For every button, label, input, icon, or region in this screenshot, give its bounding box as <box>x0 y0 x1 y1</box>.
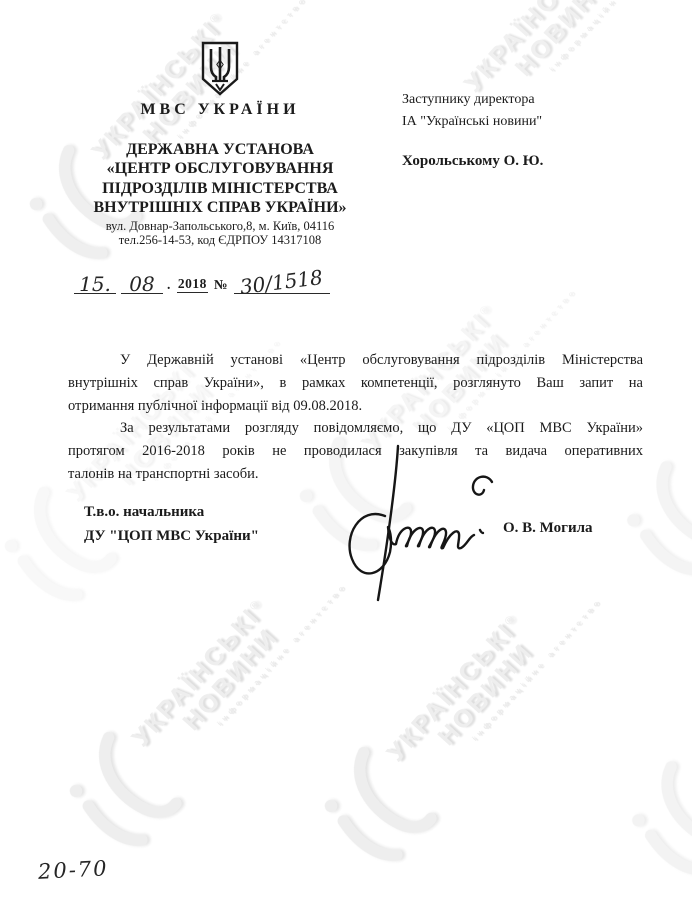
handwritten-signature <box>330 440 510 620</box>
handwritten-day: 15. <box>79 275 111 293</box>
reference-number-field: 30/1518 <box>234 271 330 294</box>
address-line: вул. Довнар-Запольського,8, м. Київ, 041… <box>60 220 380 234</box>
addressee-name: Хорольському О. Ю. <box>402 153 543 170</box>
body-line: За результатами розгляду повідомляємо, щ… <box>68 417 643 440</box>
institution-line: ВНУТРІШНІХ СПРАВ УКРАЇНИ» <box>60 198 380 217</box>
handwritten-number: 30/1518 <box>239 268 324 296</box>
handwritten-month: 08 <box>129 275 154 293</box>
addressee-block: Заступнику директора ІА "Українські нови… <box>402 89 542 133</box>
addressee-line: Заступнику директора <box>402 89 542 111</box>
body-line: У Державній установі «Центр обслуговуван… <box>68 349 643 372</box>
body-line: отримання публічної інформації від 09.08… <box>68 395 643 418</box>
body-line: внутрішніх справ України», в рамках комп… <box>68 372 643 395</box>
addressee-line: ІА "Українські новини" <box>402 111 542 133</box>
signer-name: О. В. Могила <box>503 520 593 537</box>
reference-line: 15. 08 . 2018 № 30/1518 <box>74 272 330 294</box>
date-month-field: 08 <box>121 271 163 294</box>
institution-line: «ЦЕНТР ОБСЛУГОВУВАННЯ <box>60 159 380 178</box>
ukraine-trident-emblem-icon <box>200 41 240 102</box>
date-day-field: 15. <box>74 271 116 294</box>
address-line: тел.256-14-53, код ЄДРПОУ 14317108 <box>60 234 380 248</box>
scanned-letter-page: УКРАЇНСЬКІ® НОВИНИ інформаційне агентств… <box>0 0 692 908</box>
institution-line: ПІДРОЗДІЛІВ МІНІСТЕРСТВА <box>60 179 380 198</box>
letter-content: МВС УКРАЇНИ ДЕРЖАВНА УСТАНОВА «ЦЕНТР ОБС… <box>0 0 692 908</box>
date-year: 2018 <box>177 276 208 293</box>
signer-position-line2: ДУ "ЦОП МВС України" <box>84 528 259 545</box>
institution-address: вул. Довнар-Запольського,8, м. Київ, 041… <box>60 220 380 248</box>
institution-name: ДЕРЖАВНА УСТАНОВА «ЦЕНТР ОБСЛУГОВУВАННЯ … <box>60 140 380 217</box>
handwritten-note: 20-70 <box>37 856 109 884</box>
ministry-title: МВС УКРАЇНИ <box>60 101 380 119</box>
date-separator: . <box>167 277 171 293</box>
signer-position-line1: Т.в.о. начальника <box>84 504 204 521</box>
number-label: № <box>214 277 228 293</box>
institution-line: ДЕРЖАВНА УСТАНОВА <box>60 140 380 159</box>
